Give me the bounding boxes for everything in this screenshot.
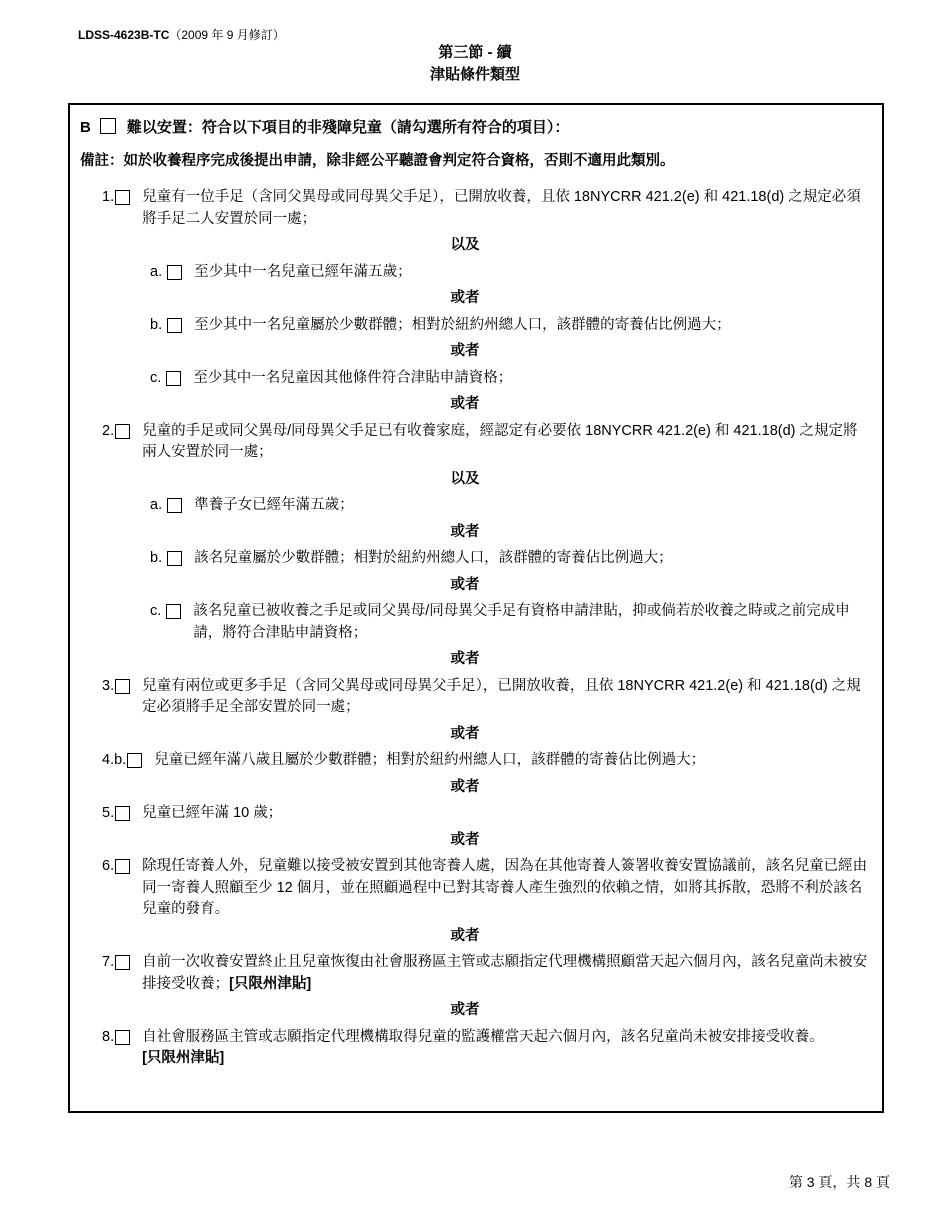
connector-or: 或者 [70,830,860,852]
item-4b-number: 4.b. [102,750,126,772]
item-2b: b. 該名兒童屬於少數群體；相對於紐約州總人口，該群體的寄養佔比例過大； [150,548,872,570]
item-5-text: 兒童已經年滿 10 歲； [142,803,872,825]
connector-or: 或者 [70,394,860,416]
item-2: 2. 兒童的手足或同父異母/同母異父手足已有收養家庭，經認定有必要依 18NYC… [102,421,872,464]
item-8-state-note: [只限州津貼] [142,1048,872,1070]
connector-and: 以及 [70,469,860,491]
item-1c: c. 至少其中一名兒童因其他條件符合津貼申請資格； [150,368,872,390]
item-7-state-note: [只限州津貼] [229,976,311,992]
checkbox-item-5[interactable] [115,806,130,821]
checkbox-section-b[interactable] [100,118,116,134]
item-1: 1. 兒童有一位手足（含同父異母或同母異父手足），已開放收養，且依 18NYCR… [102,187,872,230]
checkbox-item-2b[interactable] [167,551,182,566]
item-2c: c. 該名兒童已被收養之手足或同父異母/同母異父手足有資格申請津貼，抑或倘若於收… [150,601,872,644]
item-6-number: 6. [102,856,114,878]
item-2b-text: 該名兒童屬於少數群體；相對於紐約州總人口，該群體的寄養佔比例過大； [194,548,872,570]
connector-and: 以及 [70,235,860,257]
checkbox-item-3[interactable] [115,679,130,694]
item-3-number: 3. [102,676,114,698]
item-7-number: 7. [102,952,114,974]
item-3: 3. 兒童有兩位或更多手足（含同父異母或同母異父手足），已開放收養，且依 18N… [102,676,872,719]
connector-or: 或者 [70,724,860,746]
item-5: 5. 兒童已經年滿 10 歲； [102,803,872,825]
item-2a-text: 準養子女已經年滿五歲； [194,495,872,517]
checkbox-item-2a[interactable] [167,498,182,513]
item-1c-letter: c. [150,368,161,390]
checkbox-item-6[interactable] [115,859,130,874]
item-6-text: 除現任寄養人外，兒童難以接受被安置到其他寄養人處，因為在其他寄養人簽署收養安置協… [142,856,872,921]
item-1-text: 兒童有一位手足（含同父異母或同母異父手足），已開放收養，且依 18NYCRR 4… [142,187,872,230]
section-b-note: 備註：如於收養程序完成後提出申請，除非經公平聽證會判定符合資格，否則不適用此類別… [70,138,882,172]
connector-or: 或者 [70,649,860,671]
item-5-number: 5. [102,803,114,825]
item-8-body: 自社會服務區主管或志願指定代理機構取得兒童的監護權當天起六個月內，該名兒童尚未被… [142,1029,824,1045]
item-1a-text: 至少其中一名兒童已經年滿五歲； [194,262,872,284]
item-2c-letter: c. [150,601,161,623]
checkbox-item-2[interactable] [115,424,130,439]
connector-or: 或者 [70,926,860,948]
item-7: 7. 自前一次收養安置終止且兒童恢復由社會服務區主管或志願指定代理機構照顧當天起… [102,952,872,995]
item-1b: b. 至少其中一名兒童屬於少數群體；相對於紐約州總人口，該群體的寄養佔比例過大； [150,315,872,337]
checkbox-item-8[interactable] [115,1030,130,1045]
page-title-line2: 津貼條件類型 [0,64,950,86]
connector-or: 或者 [70,522,860,544]
item-3-text: 兒童有兩位或更多手足（含同父異母或同母異父手足），已開放收養，且依 18NYCR… [142,676,872,719]
item-8: 8. 自社會服務區主管或志願指定代理機構取得兒童的監護權當天起六個月內，該名兒童… [102,1027,872,1070]
item-1a: a. 至少其中一名兒童已經年滿五歲； [150,262,872,284]
item-1a-letter: a. [150,262,162,284]
checkbox-item-1c[interactable] [166,371,181,386]
item-1b-text: 至少其中一名兒童屬於少數群體；相對於紐約州總人口，該群體的寄養佔比例過大； [194,315,872,337]
checkbox-item-1a[interactable] [167,265,182,280]
item-6: 6. 除現任寄養人外，兒童難以接受被安置到其他寄養人處，因為在其他寄養人簽署收養… [102,856,872,921]
checkbox-item-1[interactable] [115,190,130,205]
item-2a: a. 準養子女已經年滿五歲； [150,495,872,517]
item-7-text: 自前一次收養安置終止且兒童恢復由社會服務區主管或志願指定代理機構照顧當天起六個月… [142,952,872,995]
page-number: 第 3 頁，共 8 頁 [789,1172,890,1192]
item-2a-letter: a. [150,495,162,517]
item-2-text: 兒童的手足或同父異母/同母異父手足已有收養家庭，經認定有必要依 18NYCRR … [142,421,872,464]
section-b-heading: 難以安置：符合以下項目的非殘障兒童（請勾選所有符合的項目）： [127,117,870,138]
page-title-line1: 第三節 - 續 [0,42,950,64]
connector-or: 或者 [70,288,860,310]
item-2b-letter: b. [150,548,162,570]
connector-or: 或者 [70,777,860,799]
item-4b-text: 兒童已經年滿八歲且屬於少數群體；相對於紐約州總人口，該群體的寄養佔比例過大； [154,750,872,772]
checkbox-item-4b[interactable] [127,753,142,768]
item-4b: 4.b. 兒童已經年滿八歲且屬於少數群體；相對於紐約州總人口，該群體的寄養佔比例… [102,750,872,772]
connector-or: 或者 [70,1000,860,1022]
item-1b-letter: b. [150,315,162,337]
item-1-number: 1. [102,187,114,209]
item-2-number: 2. [102,421,114,443]
connector-or: 或者 [70,341,860,363]
section-b-label: B [80,117,91,138]
checkbox-item-2c[interactable] [166,604,181,619]
item-8-number: 8. [102,1027,114,1049]
checkbox-item-1b[interactable] [167,318,182,333]
page-title: 第三節 - 續 津貼條件類型 [0,42,950,86]
item-1c-text: 至少其中一名兒童因其他條件符合津貼申請資格； [193,368,872,390]
item-8-text: 自社會服務區主管或志願指定代理機構取得兒童的監護權當天起六個月內，該名兒童尚未被… [142,1027,872,1070]
connector-or: 或者 [70,575,860,597]
checkbox-item-7[interactable] [115,955,130,970]
item-2c-text: 該名兒童已被收養之手足或同父異母/同母異父手足有資格申請津貼，抑或倘若於收養之時… [193,601,872,644]
section-b-box: B 難以安置：符合以下項目的非殘障兒童（請勾選所有符合的項目）： 備註：如於收養… [68,103,884,1113]
section-b-heading-row: B 難以安置：符合以下項目的非殘障兒童（請勾選所有符合的項目）： [70,113,882,138]
form-id: LDSS-4623B-TC [78,28,169,42]
form-revision: （2009 年 9 月修訂） [169,28,284,42]
form-identifier: LDSS-4623B-TC（2009 年 9 月修訂） [78,26,285,43]
